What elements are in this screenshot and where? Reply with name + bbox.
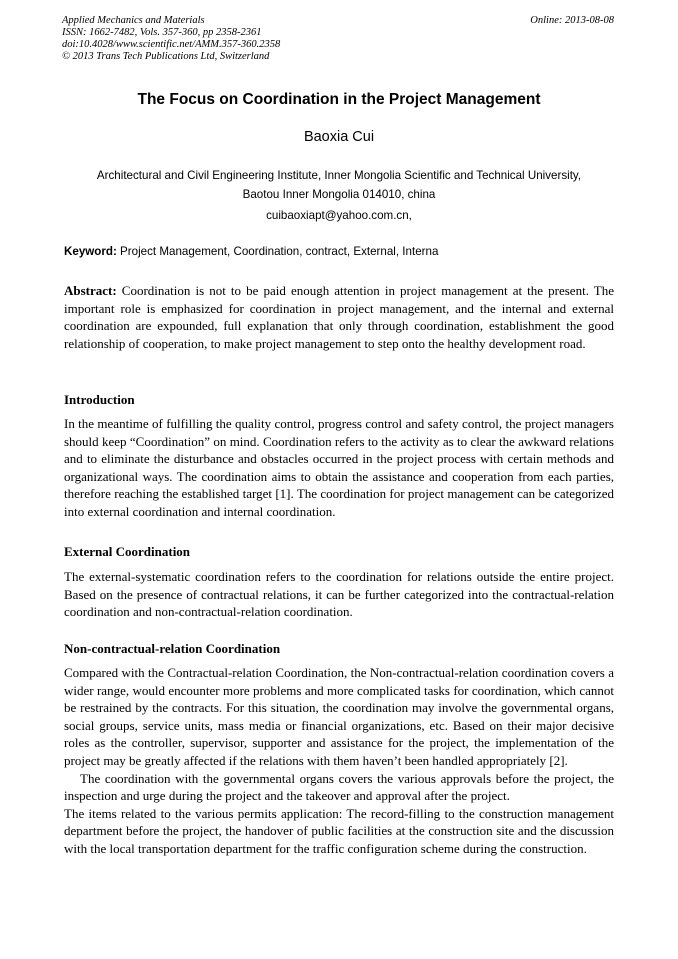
introduction-body: In the meantime of fulfilling the qualit… — [64, 415, 614, 521]
keywords-line: Keyword: Project Management, Coordinatio… — [64, 244, 438, 260]
author-name: Baoxia Cui — [0, 128, 678, 146]
noncontractual-paragraph-2: The coordination with the governmental o… — [64, 770, 614, 805]
paper-title: The Focus on Coordination in the Project… — [0, 90, 678, 110]
affiliation-line-2: Baotou Inner Mongolia 014010, china — [60, 185, 618, 204]
abstract-label: Abstract: — [64, 283, 117, 298]
abstract-text: Coordination is not to be paid enough at… — [64, 283, 614, 351]
noncontractual-paragraph-1: Compared with the Contractual-relation C… — [64, 664, 614, 770]
online-date: Online: 2013-08-08 — [530, 15, 614, 27]
external-coordination-paragraph: The external-systematic coordination ref… — [64, 568, 614, 621]
noncontractual-paragraph-3: The items related to the various permits… — [64, 805, 614, 858]
journal-name: Applied Mechanics and Materials — [62, 15, 280, 27]
copyright-line: © 2013 Trans Tech Publications Ltd, Swit… — [62, 51, 280, 63]
introduction-heading: Introduction — [64, 392, 135, 408]
keywords-label: Keyword: — [64, 245, 117, 258]
external-coordination-body: The external-systematic coordination ref… — [64, 568, 614, 621]
introduction-paragraph: In the meantime of fulfilling the qualit… — [64, 415, 614, 521]
doi-line: doi:10.4028/www.scientific.net/AMM.357-3… — [62, 39, 280, 51]
affiliation: Architectural and Civil Engineering Inst… — [60, 166, 618, 204]
affiliation-line-1: Architectural and Civil Engineering Inst… — [60, 166, 618, 185]
noncontractual-heading: Non-contractual-relation Coordination — [64, 641, 280, 657]
issn-line: ISSN: 1662-7482, Vols. 357-360, pp 2358-… — [62, 27, 280, 39]
keywords-text: Project Management, Coordination, contra… — [117, 245, 439, 258]
author-email: cuibaoxiapt@yahoo.com.cn, — [0, 208, 678, 224]
abstract: Abstract: Coordination is not to be paid… — [64, 282, 614, 352]
external-coordination-heading: External Coordination — [64, 544, 190, 560]
paper-page: Applied Mechanics and Materials ISSN: 16… — [0, 0, 678, 959]
noncontractual-body: Compared with the Contractual-relation C… — [64, 664, 614, 858]
journal-header: Applied Mechanics and Materials ISSN: 16… — [62, 15, 280, 63]
